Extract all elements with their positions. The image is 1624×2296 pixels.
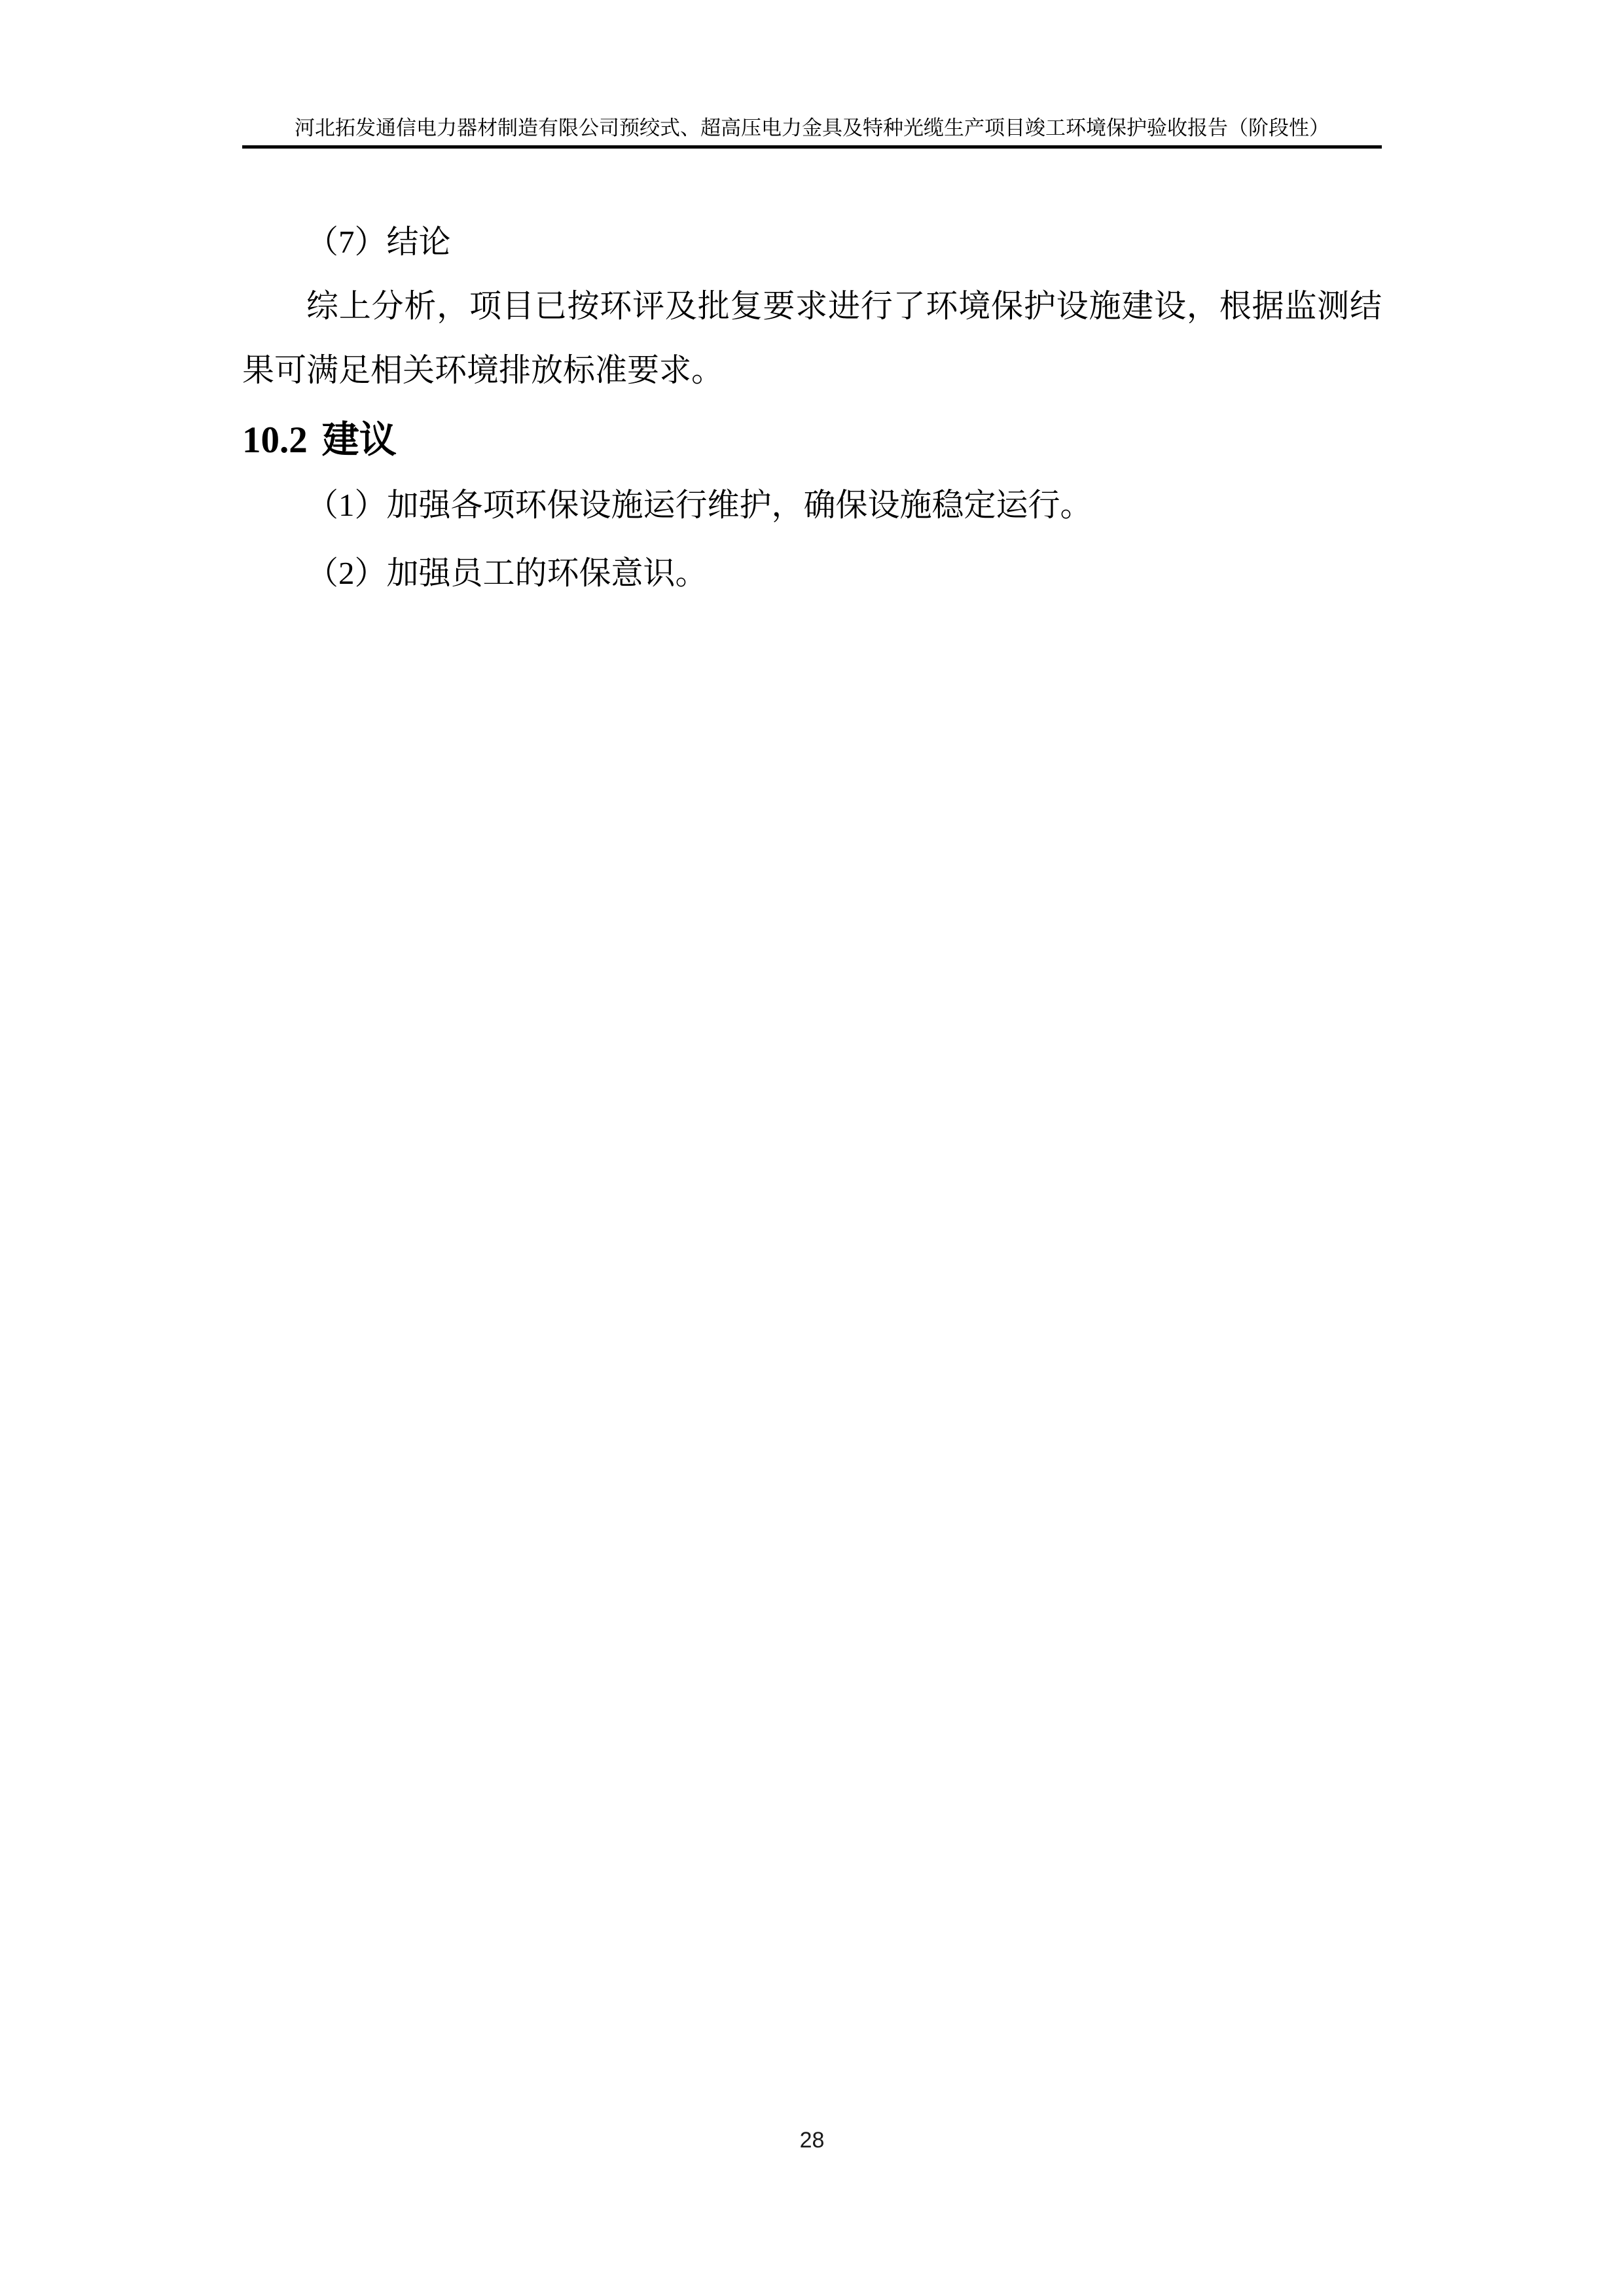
suggestion-item-2: （2）加强员工的环保意识。 [242, 541, 1382, 605]
document-body: （7）结论 综上分析，项目已按环评及批复要求进行了环境保护设施建设，根据监测结果… [242, 210, 1382, 605]
page-number: 28 [800, 2128, 825, 2153]
document-page: 河北拓发通信电力器材制造有限公司预绞式、超高压电力金具及特种光缆生产项目竣工环境… [0, 0, 1624, 2296]
section-heading-title: 建议 [322, 420, 397, 461]
page-header: 河北拓发通信电力器材制造有限公司预绞式、超高压电力金具及特种光缆生产项目竣工环境… [242, 0, 1382, 149]
section-heading: 10.2建议 [242, 408, 1382, 473]
suggestion-item-1: （1）加强各项环保设施运行维护，确保设施稳定运行。 [242, 473, 1382, 537]
conclusion-paragraph: 综上分析，项目已按环评及批复要求进行了环境保护设施建设，根据监测结果可满足相关环… [242, 274, 1382, 403]
header-rule [242, 145, 1382, 149]
conclusion-label: （7）结论 [242, 210, 1382, 274]
page-footer: 28 [0, 2127, 1624, 2153]
section-heading-number: 10.2 [242, 420, 308, 461]
header-title: 河北拓发通信电力器材制造有限公司预绞式、超高压电力金具及特种光缆生产项目竣工环境… [242, 115, 1382, 141]
